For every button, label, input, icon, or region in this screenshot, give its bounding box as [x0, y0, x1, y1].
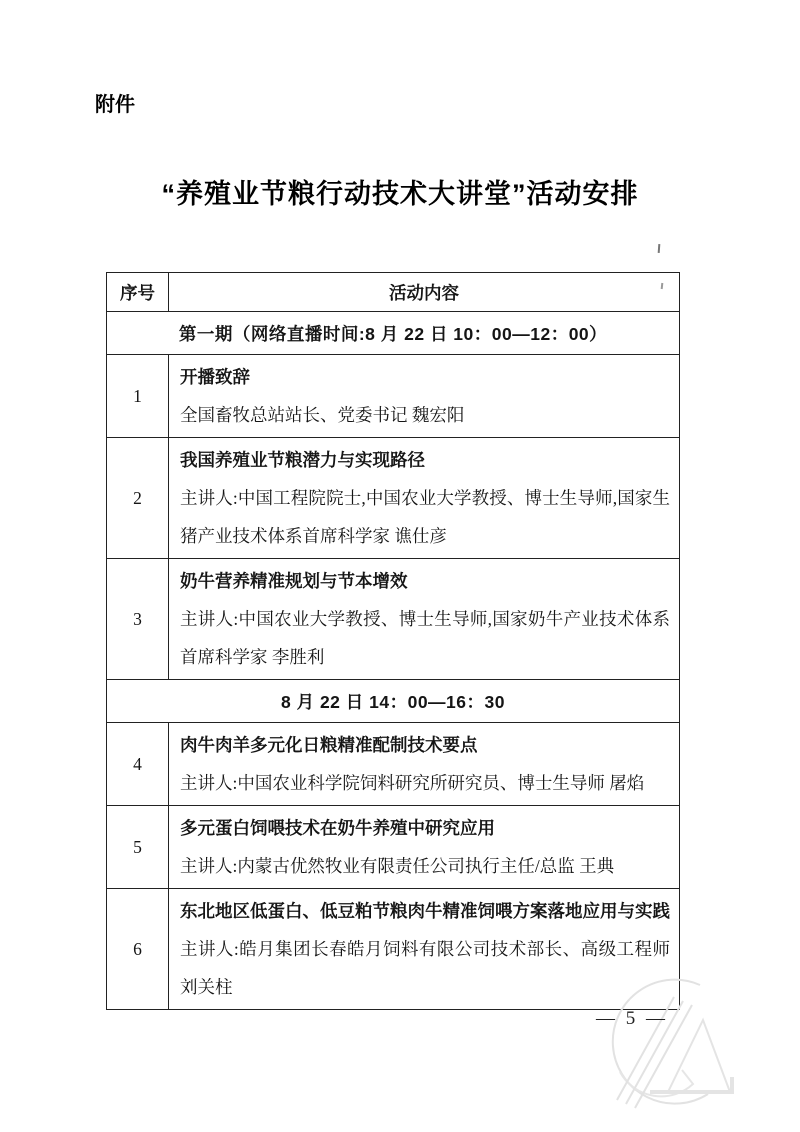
row-content: 我国养殖业节粮潜力与实现路径 主讲人:中国工程院院士,中国农业大学教授、博士生导…	[169, 438, 680, 559]
row-content: 多元蛋白饲喂技术在奶牛养殖中研究应用 主讲人:内蒙古优然牧业有限责任公司执行主任…	[169, 806, 680, 889]
activity-speaker: 主讲人:中国农业大学教授、博士生导师,国家奶牛产业技术体系首席科学家 李胜利	[180, 600, 670, 676]
table-row: 2 我国养殖业节粮潜力与实现路径 主讲人:中国工程院院士,中国农业大学教授、博士…	[107, 438, 680, 559]
table-row: 3 奶牛营养精准规划与节本增效 主讲人:中国农业大学教授、博士生导师,国家奶牛产…	[107, 559, 680, 680]
page-number: — 5 —	[596, 1008, 668, 1030]
row-content: 开播致辞 全国畜牧总站站长、党委书记 魏宏阳	[169, 355, 680, 438]
session-row-2: 8 月 22 日 14：00—16：30	[107, 680, 680, 723]
page-title: “养殖业节粮行动技术大讲堂”活动安排	[0, 172, 800, 211]
row-number: 4	[107, 723, 169, 806]
attachment-label: 附件	[95, 88, 135, 117]
row-number: 6	[107, 889, 169, 1010]
activity-speaker: 主讲人:中国工程院院士,中国农业大学教授、博士生导师,国家生猪产业技术体系首席科…	[180, 479, 670, 555]
header-content: 活动内容	[169, 273, 680, 312]
row-number: 3	[107, 559, 169, 680]
activity-speaker: 主讲人:皓月集团长春皓月饲料有限公司技术部长、高级工程师 刘关柱	[180, 930, 670, 1006]
activity-title: 肉牛肉羊多元化日粮精准配制技术要点	[180, 726, 670, 764]
row-number: 2	[107, 438, 169, 559]
table-row: 1 开播致辞 全国畜牧总站站长、党委书记 魏宏阳	[107, 355, 680, 438]
row-content: 东北地区低蛋白、低豆粕节粮肉牛精准饲喂方案落地应用与实践 主讲人:皓月集团长春皓…	[169, 889, 680, 1010]
header-index: 序号	[107, 273, 169, 312]
table-row: 5 多元蛋白饲喂技术在奶牛养殖中研究应用 主讲人:内蒙古优然牧业有限责任公司执行…	[107, 806, 680, 889]
row-content: 奶牛营养精准规划与节本增效 主讲人:中国农业大学教授、博士生导师,国家奶牛产业技…	[169, 559, 680, 680]
schedule-table: 序号 活动内容 第一期（网络直播时间:8 月 22 日 10：00—12：00）…	[106, 272, 680, 1010]
activity-title: 奶牛营养精准规划与节本增效	[180, 562, 670, 600]
activity-speaker: 主讲人:中国农业科学院饲料研究所研究员、博士生导师 屠焰	[180, 764, 670, 802]
row-number: 1	[107, 355, 169, 438]
table-header-row: 序号 活动内容	[107, 273, 680, 312]
activity-title: 多元蛋白饲喂技术在奶牛养殖中研究应用	[180, 809, 670, 847]
row-number: 5	[107, 806, 169, 889]
activity-title: 东北地区低蛋白、低豆粕节粮肉牛精准饲喂方案落地应用与实践	[180, 892, 670, 930]
activity-speaker: 主讲人:内蒙古优然牧业有限责任公司执行主任/总监 王典	[180, 847, 670, 885]
document-page: 附件 “养殖业节粮行动技术大讲堂”活动安排 序号 活动内容 第一期（网络直播时间…	[0, 0, 800, 1132]
session-row-1: 第一期（网络直播时间:8 月 22 日 10：00—12：00）	[107, 312, 680, 355]
activity-speaker: 全国畜牧总站站长、党委书记 魏宏阳	[180, 396, 670, 434]
session-2-label: 8 月 22 日 14：00—16：30	[107, 680, 680, 723]
table-row: 6 东北地区低蛋白、低豆粕节粮肉牛精准饲喂方案落地应用与实践 主讲人:皓月集团长…	[107, 889, 680, 1010]
activity-title: 我国养殖业节粮潜力与实现路径	[180, 441, 670, 479]
session-1-label: 第一期（网络直播时间:8 月 22 日 10：00—12：00）	[107, 312, 680, 355]
scan-artifact-mark	[658, 244, 661, 253]
activity-title: 开播致辞	[180, 358, 670, 396]
row-content: 肉牛肉羊多元化日粮精准配制技术要点 主讲人:中国农业科学院饲料研究所研究员、博士…	[169, 723, 680, 806]
table-row: 4 肉牛肉羊多元化日粮精准配制技术要点 主讲人:中国农业科学院饲料研究所研究员、…	[107, 723, 680, 806]
